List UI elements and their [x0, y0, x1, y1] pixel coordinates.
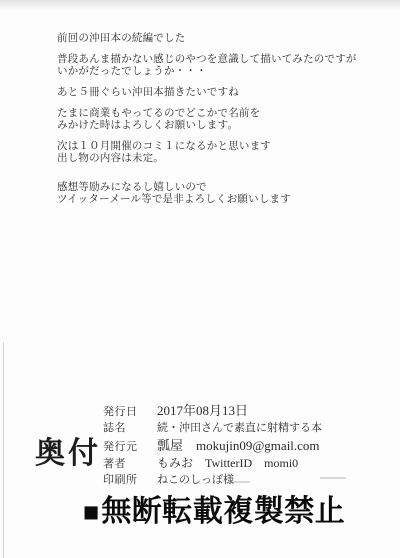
black-square-icon: ■ [83, 494, 99, 530]
colophon-row-printer: 印刷所 ねこのしっぽ様 [103, 472, 322, 490]
colophon-value: 瓢屋 mokujin09@gmail.com [157, 437, 320, 455]
colophon-value: もみお TwitterID momi0 [157, 455, 298, 473]
colophon-row-title: 誌名 続・沖田さんで素直に射精する本 [103, 420, 322, 438]
colophon-row-publication-date: 発行日 2017年08月13日 [103, 402, 322, 420]
scan-edge-shadow [0, 0, 400, 10]
text-line: ツイッターメール等で是非よろしくお願いします [57, 194, 367, 206]
colophon-label: 誌名 [103, 420, 157, 438]
afterword-paragraph: 次は１０月開催のコミ１になるかと思います 出し物の内容は未定。 [57, 141, 367, 165]
colophon-label: 著者 [103, 456, 157, 474]
text-line: たまに商業もやってるのでどこかで名前を [57, 108, 367, 120]
reproduction-prohibited-notice: ■ 無断転載複製禁止 [83, 494, 345, 530]
colophon-row-author: 著者 もみお TwitterID momi0 [103, 455, 322, 473]
scanned-page: 前回の沖田本の続編でした 普段あんま描かない感じのやつを意識して描いてみたのです… [0, 0, 400, 558]
afterword-text: 前回の沖田本の続編でした 普段あんま描かない感じのやつを意識して描いてみたのです… [57, 33, 367, 215]
afterword-paragraph: 普段あんま描かない感じのやつを意識して描いてみたのですが いかがだったでしょうか… [57, 54, 367, 78]
afterword-paragraph: 感想等励みになるし嬉しいので ツイッターメール等で是非よろしくお願いします [57, 182, 367, 206]
colophon-heading: 奥付 [35, 428, 101, 472]
text-line: いかがだったでしょうか・・・ [57, 66, 367, 78]
colophon-value: 2017年08月13日 [157, 402, 248, 420]
text-line: 感想等励みになるし嬉しいので [57, 182, 367, 194]
text-line: 次は１０月開催のコミ１になるかと思います [57, 141, 367, 153]
text-line: みかけた時はよろしくお願いします。 [57, 120, 367, 132]
text-line: 普段あんま描かない感じのやつを意識して描いてみたのですが [57, 54, 367, 66]
notice-text: 無断転載複製禁止 [101, 494, 345, 530]
scan-artifact-dash [320, 477, 346, 479]
afterword-paragraph: たまに商業もやってるのでどこかで名前を みかけた時はよろしくお願いします。 [57, 108, 367, 132]
colophon-label: 印刷所 [103, 472, 157, 490]
colophon-row-publisher: 発行元 瓢屋 mokujin09@gmail.com [103, 437, 322, 455]
colophon-value: ねこのしっぽ様 [157, 472, 234, 490]
text-line: あと５冊ぐらい沖田本描きたいですね [57, 87, 367, 99]
colophon-label: 発行元 [103, 439, 157, 457]
colophon-table: 発行日 2017年08月13日 誌名 続・沖田さんで素直に射精する本 発行元 瓢… [103, 402, 322, 490]
text-line: 出し物の内容は未定。 [57, 153, 367, 165]
text-line: 前回の沖田本の続編でした [57, 33, 367, 45]
colophon-value: 続・沖田さんで素直に射精する本 [157, 420, 322, 438]
scan-artifact-line [3, 342, 4, 558]
afterword-paragraph: 前回の沖田本の続編でした [57, 33, 367, 45]
afterword-paragraph: あと５冊ぐらい沖田本描きたいですね [57, 87, 367, 99]
